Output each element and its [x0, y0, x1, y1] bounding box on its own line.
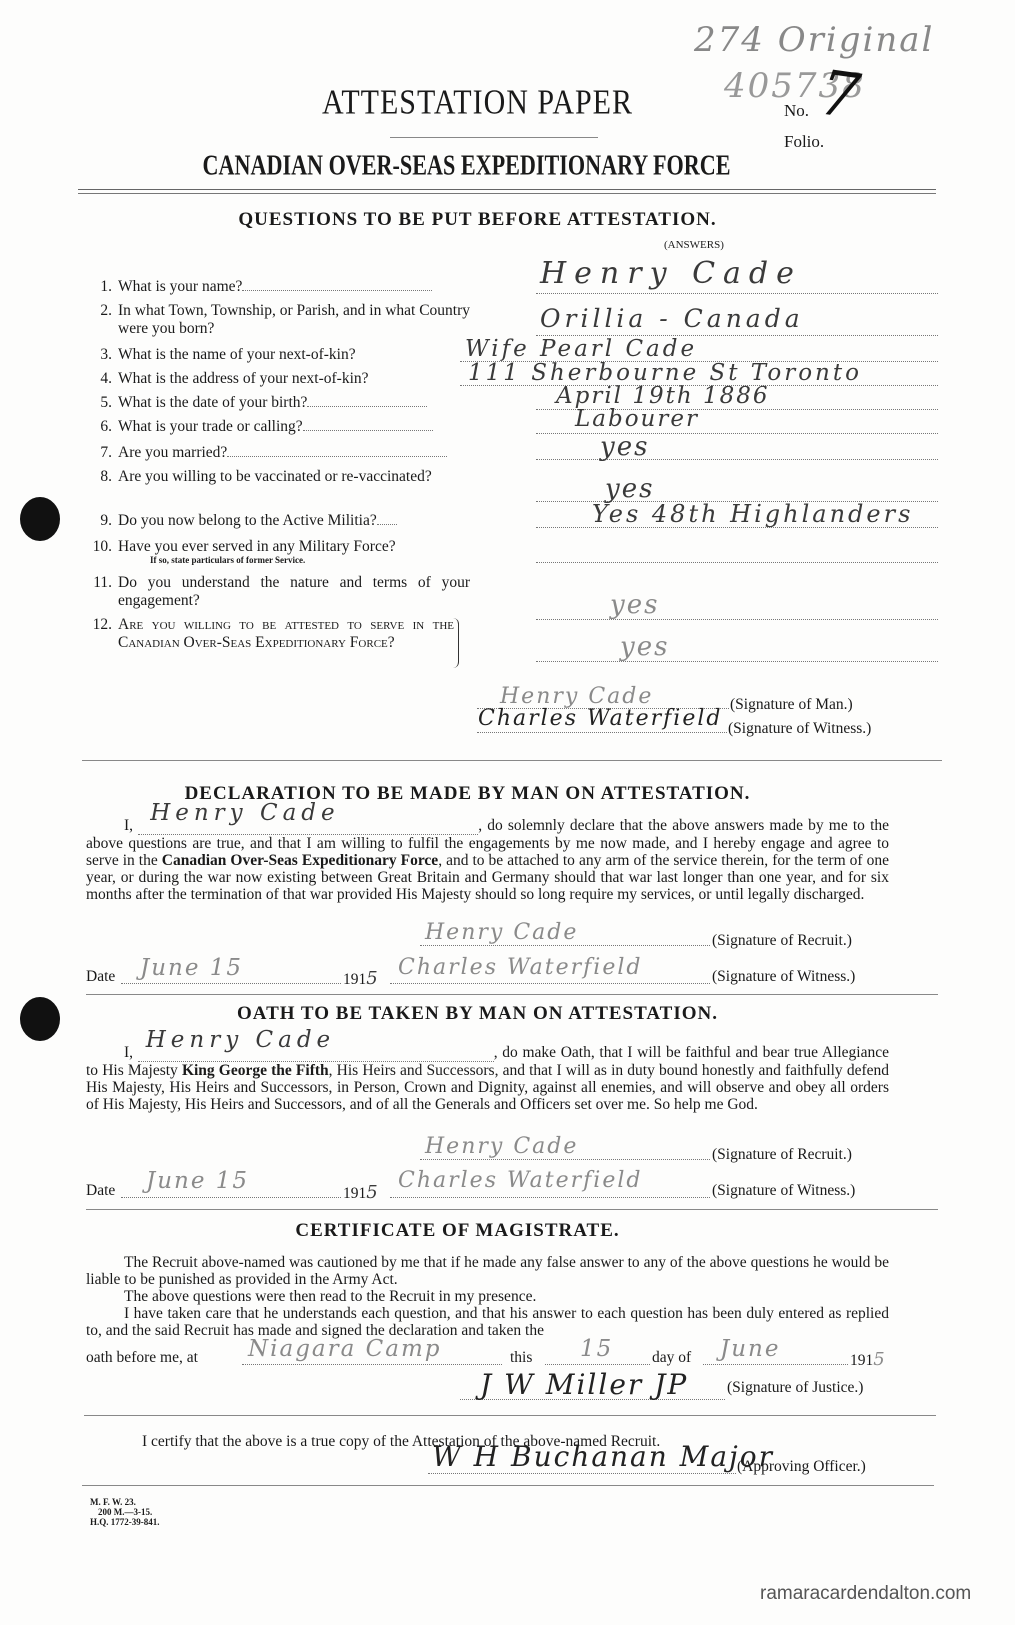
oath-name: Henry Cade [146, 1032, 335, 1049]
signature-line [390, 1197, 710, 1198]
signature-witness-label: (Signature of Witness.) [712, 968, 855, 986]
question-number: 2. [76, 302, 112, 320]
date-line [121, 983, 341, 984]
declaration-signature-recruit: Henry Cade [425, 920, 578, 945]
header-double-rule [78, 189, 936, 190]
question-number: 1. [76, 278, 112, 296]
website-watermark: ramaracardendalton.com [760, 1583, 971, 1605]
question-text: In what Town, Township, or Parish, and i… [118, 302, 470, 338]
magistrate-para-1: The Recruit above-named was cautioned by… [86, 1254, 889, 1288]
answer-birthplace: Orillia - Canada [540, 304, 804, 333]
question-number: 7. [76, 444, 112, 462]
question-number: 10. [76, 538, 112, 556]
answer-trade: Labourer [575, 406, 699, 432]
date-label: Date [86, 968, 115, 986]
signature-line [428, 1473, 736, 1474]
signature-line [477, 732, 727, 733]
section-divider [82, 760, 942, 761]
question-text: Have you ever served in any Military For… [118, 538, 470, 556]
question-text: What is the address of your next-of-kin? [118, 370, 470, 388]
question-number: 3. [76, 346, 112, 364]
magistrate-signature-justice: J W Miller JP [480, 1368, 688, 1401]
answer-active-militia: Yes 48th Highlanders [592, 500, 913, 528]
question-brace [453, 618, 459, 668]
signature-line [390, 983, 710, 984]
magistrate-month: June [720, 1336, 780, 1362]
declaration-signature-witness: Charles Waterfield [398, 955, 642, 980]
magistrate-year: 1915 [850, 1349, 885, 1370]
question-number: 9. [76, 512, 112, 530]
punch-hole-lower [20, 997, 60, 1041]
answer-line [536, 293, 938, 294]
section-divider [82, 1485, 934, 1486]
signature-witness-label: (Signature of Witness.) [712, 1182, 855, 1200]
oath-title: OATH TO BE TAKEN BY MAN ON ATTESTATION. [0, 1003, 985, 1025]
question-number: 5. [76, 394, 112, 412]
magistrate-title: CERTIFICATE OF MAGISTRATE. [0, 1220, 965, 1242]
date-label: Date [86, 1182, 115, 1200]
answer-married: yes [600, 432, 649, 462]
answer-line [536, 619, 938, 620]
question-text: Are you willing to be vaccinated or re-v… [118, 468, 470, 486]
day-of-label: day of [652, 1349, 691, 1367]
force-title: CANADIAN OVER-SEAS EXPEDITIONARY FORCE [91, 149, 923, 182]
signature-line [420, 1159, 710, 1160]
magistrate-place: Niagara Camp [248, 1336, 442, 1362]
form-code-line-3: H.Q. 1772-39-841. [90, 1517, 160, 1527]
oath-signature-recruit: Henry Cade [425, 1134, 578, 1159]
question-number: 4. [76, 370, 112, 388]
question-text: Are you married? [118, 444, 470, 462]
section-divider [86, 994, 938, 995]
declaration-year: 1915 [343, 968, 378, 989]
oath-date: June 15 [146, 1168, 249, 1194]
answer-line [536, 661, 938, 662]
question-subtext: If so, state particulars of former Servi… [150, 555, 305, 565]
answers-label: (ANSWERS) [664, 239, 724, 251]
signature-recruit-label: (Signature of Recruit.) [712, 932, 852, 950]
declaration-title: DECLARATION TO BE MADE BY MAN ON ATTESTA… [0, 783, 975, 805]
question-text: Do you now belong to the Active Militia? [118, 512, 470, 530]
day-line [545, 1364, 650, 1365]
approving-officer-label: (Approving Officer.) [737, 1458, 866, 1476]
signature-man-label: (Signature of Man.) [730, 696, 853, 714]
signature-witness: Charles Waterfield [478, 706, 722, 731]
signature-recruit-label: (Signature of Recruit.) [712, 1146, 852, 1164]
declaration-text: I, Henry Cade , do solemnly declare that… [86, 817, 889, 903]
date-line [121, 1197, 341, 1198]
magistrate-day: 15 [580, 1336, 613, 1362]
questions-section-title: QUESTIONS TO BE PUT BEFORE ATTESTATION. [0, 209, 985, 231]
section-divider [86, 1209, 938, 1210]
question-number: 11. [76, 574, 112, 592]
form-code-line-1: M. F. W. 23. [90, 1497, 136, 1507]
month-line [703, 1364, 848, 1365]
question-text: Do you understand the nature and terms o… [118, 574, 470, 610]
magistrate-para-3: I have taken care that he understands ea… [86, 1305, 889, 1339]
magistrate-para-2: The above questions were then read to th… [86, 1288, 889, 1305]
question-text: Are you willing to be attested to serve … [118, 616, 454, 652]
certification-signature-officer: W H Buchanan Major [432, 1440, 774, 1473]
signature-witness-label: (Signature of Witness.) [728, 720, 871, 738]
punch-hole-upper [20, 497, 60, 541]
question-number: 12. [76, 616, 112, 634]
question-number: 8. [76, 468, 112, 486]
declaration-date: June 15 [140, 955, 243, 981]
corner-annotation-original: 274 Original [694, 20, 934, 60]
oath-year: 1915 [343, 1182, 378, 1203]
declaration-name: Henry Cade [150, 805, 339, 822]
answer-next-of-kin: Wife Pearl Cade [465, 336, 697, 362]
question-text: What is your trade or calling? [118, 418, 470, 436]
oath-signature-witness: Charles Waterfield [398, 1168, 642, 1193]
question-text: What is the name of your next-of-kin? [118, 346, 470, 364]
question-text: What is your name? [118, 278, 470, 296]
place-line [242, 1364, 502, 1365]
section-divider [84, 1415, 936, 1416]
document-title: ATTESTATION PAPER [0, 83, 1015, 122]
form-code-line-2: 200 M.—3-15. [98, 1507, 152, 1517]
number-label: No. [784, 101, 809, 121]
this-label: this [510, 1349, 532, 1367]
question-number: 6. [76, 418, 112, 436]
oath-text: I, Henry Cade , do make Oath, that I wil… [86, 1044, 889, 1113]
answer-line [536, 562, 938, 563]
answer-line [536, 433, 938, 434]
signature-line [420, 945, 710, 946]
answer-understand-terms: yes [610, 590, 659, 620]
title-divider [390, 137, 598, 138]
question-text: What is the date of your birth? [118, 394, 470, 412]
signature-justice-label: (Signature of Justice.) [727, 1379, 863, 1397]
oath-before-label: oath before me, at [86, 1349, 198, 1367]
answer-name: Henry Cade [540, 256, 802, 291]
answer-line [536, 459, 938, 460]
answer-willing-attest: yes [620, 632, 669, 662]
